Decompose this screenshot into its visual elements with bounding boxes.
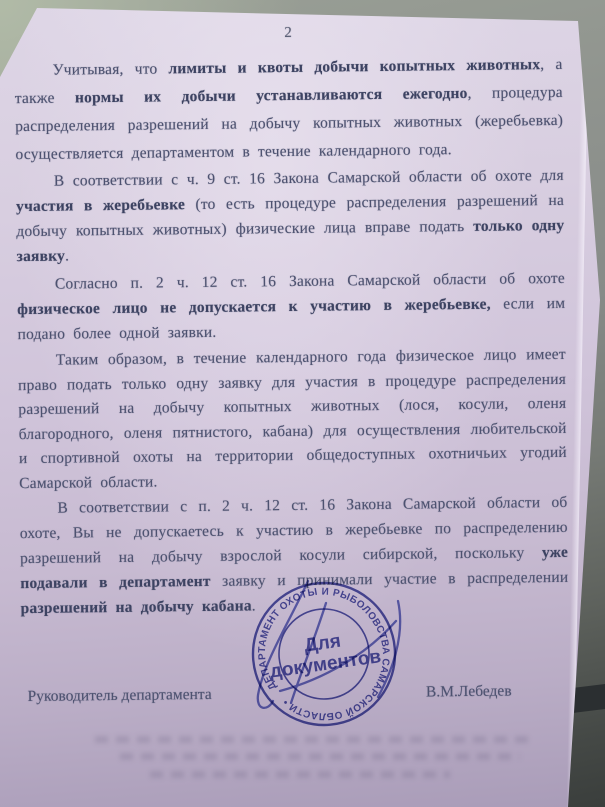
paragraph: Согласно п. 2 ч. 12 ст. 16 Закона Самарс… [17, 266, 566, 347]
paragraph: Таким образом, в течение календарного го… [18, 343, 568, 496]
document-photo: 2 Учитывая, что лимиты и квоты добычи ко… [0, 0, 605, 807]
ghost-text-showthrough [95, 736, 535, 743]
paragraph: В соответствии с ч. 9 ст. 16 Закона Сама… [16, 163, 565, 269]
paper-sheet: 2 Учитывая, что лимиты и квоты добычи ко… [0, 0, 605, 807]
page-number: 2 [14, 20, 562, 46]
ghost-text-showthrough [150, 771, 450, 778]
ghost-text-showthrough [120, 753, 520, 760]
paragraph: Учитывая, что лимиты и квоты добычи копы… [14, 51, 563, 169]
signatory-title: Руководитель департамента [28, 685, 212, 707]
signatory-name: В.М.Лебедев [426, 682, 512, 703]
handwritten-signature [228, 563, 433, 733]
